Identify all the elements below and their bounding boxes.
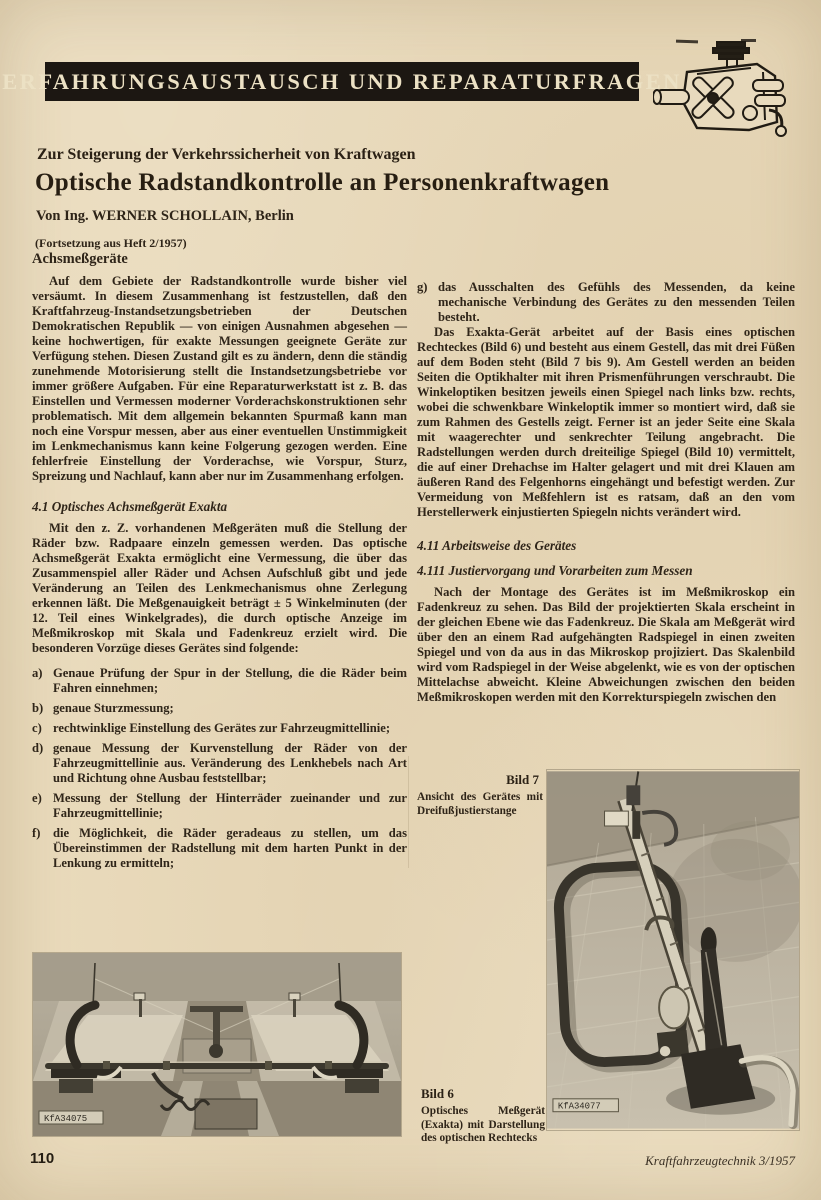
figure-bild6-caption-block: Bild 6 Optisches Meßgerät (Exakta) mit D… <box>421 1086 545 1146</box>
photo-bild7: KfA34077 <box>547 770 799 1130</box>
list-item: e) Messung der Stellung der Hinterräder … <box>32 791 407 821</box>
list-item: c) rechtwinklige Einstellung des Gerätes… <box>32 721 407 736</box>
list-item-text: Messung der Stellung der Hinterräder zue… <box>53 791 407 821</box>
list-item: b) genaue Sturzmessung; <box>32 701 407 716</box>
engine-icon <box>653 38 795 138</box>
banner-text: ERFAHRUNGSAUSTAUSCH UND REPARATURFRAGEN <box>2 69 681 95</box>
article-byline: Von Ing. WERNER SCHOLLAIN, Berlin <box>36 208 294 225</box>
article-title: Optische Radstandkontrolle an Personenkr… <box>35 169 609 197</box>
paragraph: Nach der Montage des Gerätes ist im Meßm… <box>417 585 795 705</box>
list-item-label: d) <box>32 741 53 786</box>
page-number: 110 <box>30 1150 54 1167</box>
list-item: g) das Ausschalten des Gefühls des Messe… <box>417 280 795 325</box>
list-item: f) die Möglichkeit, die Räder geradeaus … <box>32 826 407 871</box>
photo-stamp: KfA34075 <box>44 1114 87 1124</box>
figure-bild7: Bild 7 Ansicht des Gerätes mit Dreifußju… <box>417 770 799 1130</box>
list-item-text: Genaue Prüfung der Spur in der Stellung,… <box>53 666 407 696</box>
scan-crease <box>408 756 409 868</box>
list-item-text: rechtwinklige Einstellung des Gerätes zu… <box>53 721 407 736</box>
section-heading-4-111: 4.111 Justiervorgang und Vorarbeiten zum… <box>417 563 795 578</box>
continuation-note: (Fortsetzung aus Heft 2/1957) <box>35 236 187 251</box>
list-item-label: g) <box>417 280 438 325</box>
list-item-label: b) <box>32 701 53 716</box>
figure-caption: Ansicht des Gerätes mit Dreifußjustierst… <box>417 791 543 818</box>
list-item-text: die Möglichkeit, die Räder geradeaus zu … <box>53 826 407 871</box>
list-item-label: a) <box>32 666 53 696</box>
figure-label: Bild 6 <box>421 1086 545 1102</box>
photo-stamp: KfA34077 <box>558 1102 601 1112</box>
list-item: d) genaue Messung der Kurvenstellung der… <box>32 741 407 786</box>
section-heading-4-1: 4.1 Optisches Achsmeßgerät Exakta <box>32 499 407 514</box>
scanned-journal-page: ERFAHRUNGSAUSTAUSCH UND REPARATURFRAGEN … <box>0 0 821 1200</box>
list-item-text: genaue Messung der Kurvenstellung der Rä… <box>53 741 407 786</box>
right-column: g) das Ausschalten des Gefühls des Messe… <box>417 280 795 705</box>
paragraph: Das Exakta-Gerät arbeitet auf der Basis … <box>417 325 795 520</box>
section-heading-achsmessgeraete: Achsmeßgeräte <box>32 252 407 267</box>
left-column: Achsmeßgeräte Auf dem Gebiete der Radsta… <box>32 252 407 871</box>
paragraph: Auf dem Gebiete der Radstandkontrolle wu… <box>32 274 407 484</box>
list-item-text: das Ausschalten des Gefühls des Messende… <box>438 280 795 325</box>
figure-bild7-caption-block: Bild 7 Ansicht des Gerätes mit Dreifußju… <box>417 770 543 1130</box>
article-kicker: Zur Steigerung der Verkehrssicherheit vo… <box>37 146 416 164</box>
list-item-label: e) <box>32 791 53 821</box>
figure-caption: Optisches Meßgerät (Exakta) mit Darstell… <box>421 1105 545 1146</box>
photo-bild6: KfA34075 <box>33 953 401 1136</box>
figure-label: Bild 7 <box>417 772 543 788</box>
list-item-label: f) <box>32 826 53 871</box>
list-item-label: c) <box>32 721 53 736</box>
list-item-text: genaue Sturzmessung; <box>53 701 407 716</box>
list-item: a) Genaue Prüfung der Spur in der Stellu… <box>32 666 407 696</box>
section-banner: ERFAHRUNGSAUSTAUSCH UND REPARATURFRAGEN <box>45 62 639 101</box>
paragraph: Mit den z. Z. vorhandenen Meßgeräten muß… <box>32 521 407 656</box>
section-heading-4-11: 4.11 Arbeitsweise des Gerätes <box>417 538 795 553</box>
journal-footer: Kraftfahrzeugtechnik 3/1957 <box>645 1153 795 1169</box>
